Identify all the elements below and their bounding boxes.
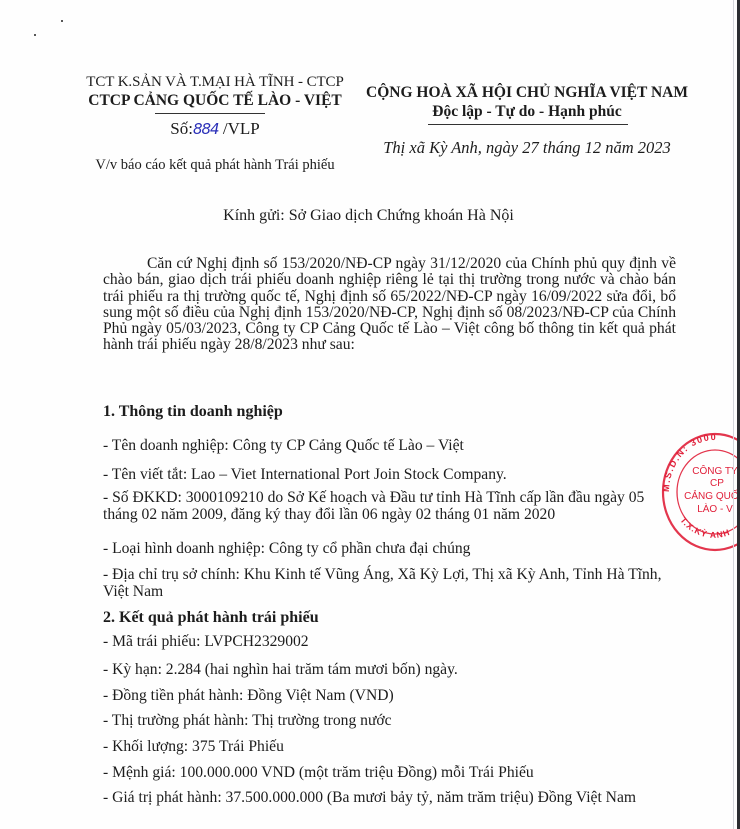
national-motto: Độc lập - Tự do - Hạnh phúc — [362, 103, 692, 121]
doc-number-handwritten: 884 — [193, 120, 219, 138]
national-title: CỘNG HOÀ XÃ HỘI CHỦ NGHĨA VIỆT NAM — [362, 84, 692, 102]
document-subject: V/v báo cáo kết quả phát hành Trái phiếu — [70, 157, 360, 174]
company-seal-stamp: M.S.D.N: 3000 T.X.KỲ ANH CÔNG TY CP CẢNG… — [657, 430, 740, 554]
section-heading-bond-results: 2. Kết quả phát hành trái phiếu — [103, 609, 319, 627]
list-item: - Thị trường phát hành: Thị trường trong… — [103, 712, 392, 730]
parent-organization: TCT K.SẢN VÀ T.MẠI HÀ TĨNH - CTCP — [70, 74, 360, 91]
list-item: - Loại hình doanh nghiệp: Công ty cổ phầ… — [103, 540, 470, 558]
organization-underline — [155, 113, 265, 114]
page-edge — [733, 0, 734, 829]
document-page: TCT K.SẢN VÀ T.MẠI HÀ TĨNH - CTCP CTCP C… — [0, 0, 737, 829]
seal-bottom-text: T.X.KỲ ANH — [678, 515, 731, 540]
document-number: Số:884 /VLP — [70, 119, 360, 139]
doc-number-suffix: /VLP — [223, 119, 260, 138]
seal-line: CÔNG TY — [692, 464, 738, 477]
organization-name: CTCP CẢNG QUỐC TẾ LÀO - VIỆT — [70, 92, 360, 110]
recipient-line: Kính gửi: Sở Giao dịch Chứng khoán Hà Nộ… — [0, 207, 737, 225]
seal-line: LÀO - V — [697, 502, 733, 515]
scan-speck — [61, 20, 63, 22]
list-item: - Khối lượng: 375 Trái Phiếu — [103, 738, 284, 756]
motto-underline — [428, 124, 628, 125]
list-item: - Mã trái phiếu: LVPCH2329002 — [103, 633, 309, 651]
list-item: - Số ĐKKD: 3000109210 do Sở Kế hoạch và … — [103, 490, 675, 523]
list-item: - Địa chỉ trụ sở chính: Khu Kinh tế Vũng… — [103, 567, 675, 600]
scan-speck — [34, 34, 36, 36]
section-heading-company-info: 1. Thông tin doanh nghiệp — [103, 403, 283, 421]
svg-text:T.X.KỲ ANH: T.X.KỲ ANH — [678, 515, 731, 540]
list-item: - Tên viết tắt: Lao – Viet International… — [103, 466, 507, 484]
doc-number-prefix: Số: — [170, 119, 193, 138]
place-and-date: Thị xã Kỳ Anh, ngày 27 tháng 12 năm 2023 — [362, 138, 692, 158]
seal-line: CP — [710, 478, 724, 489]
list-item: - Đồng tiền phát hành: Đồng Việt Nam (VN… — [103, 687, 394, 705]
intro-paragraph: Căn cứ Nghị định số 153/2020/NĐ-CP ngày … — [103, 256, 676, 354]
list-item: - Mệnh giá: 100.000.000 VND (một trăm tr… — [103, 764, 534, 782]
list-item: - Kỳ hạn: 2.284 (hai nghìn hai trăm tám … — [103, 661, 458, 679]
list-item: - Tên doanh nghiệp: Công ty CP Cảng Quốc… — [103, 437, 464, 455]
list-item: - Giá trị phát hành: 37.500.000.000 (Ba … — [103, 790, 675, 807]
seal-line: CẢNG QUỐC — [684, 488, 740, 502]
